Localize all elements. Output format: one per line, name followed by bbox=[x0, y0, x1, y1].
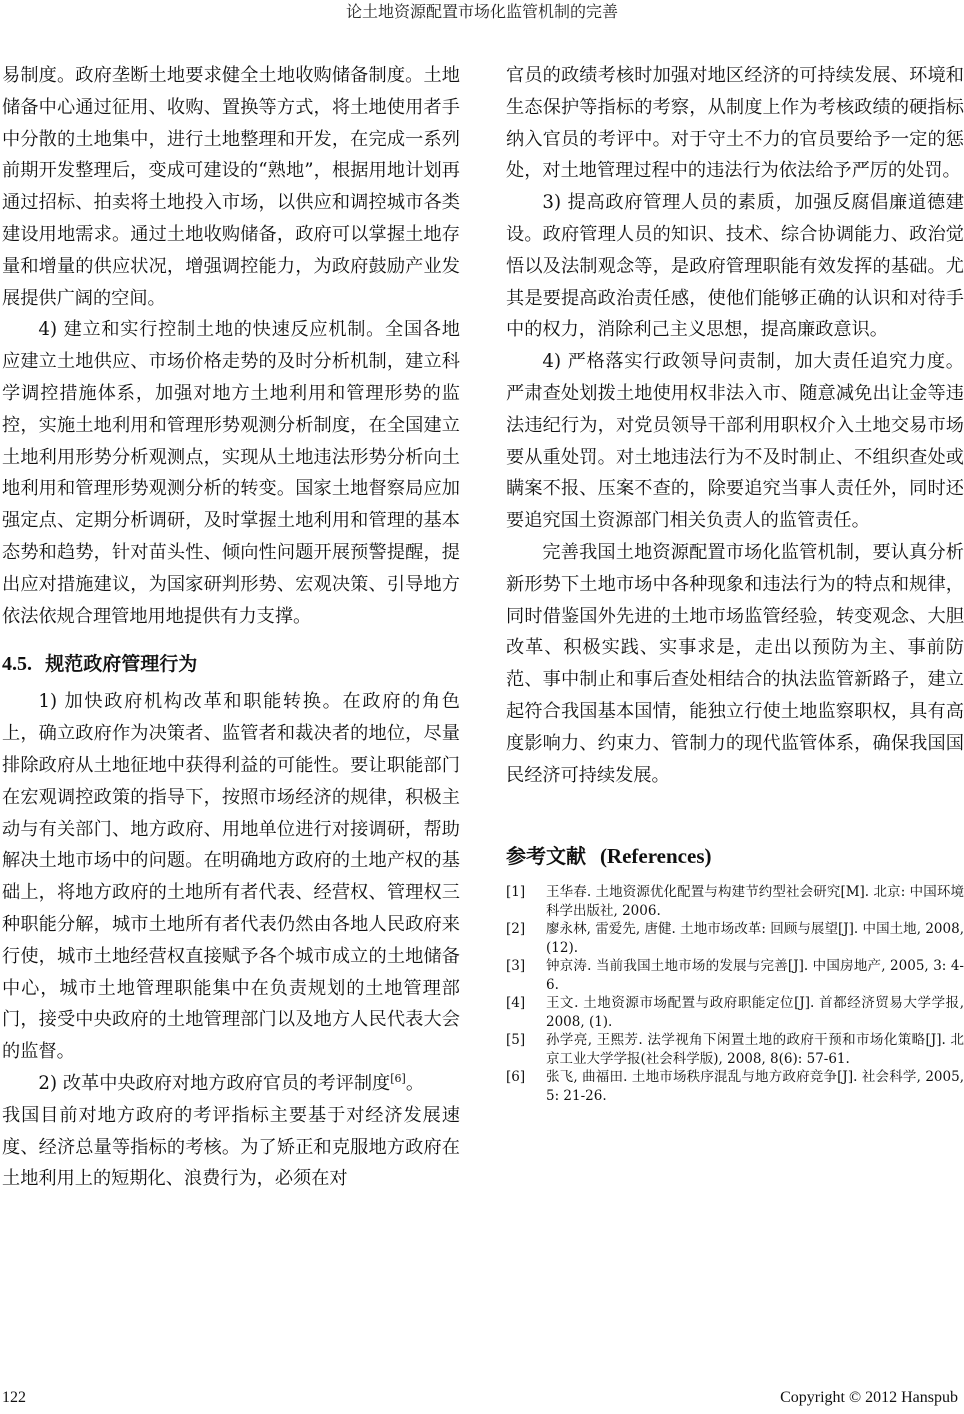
reference-list: [1]王华春. 土地资源优化配置与构建节约型社会研究[M]. 北京: 中国环境科… bbox=[506, 883, 964, 1105]
paragraph-staff-quality: 3) 提高政府管理人员的素质，加强反腐倡廉道德建设。政府管理人员的知识、技术、综… bbox=[506, 187, 964, 346]
reference-number: [3] bbox=[506, 957, 546, 994]
reference-item: [6]张飞, 曲福田. 土地市场秩序混乱与地方政府竞争[J]. 社会科学, 20… bbox=[506, 1068, 964, 1105]
copyright-notice: Copyright © 2012 Hanspub bbox=[780, 1388, 958, 1408]
item-number: 2) bbox=[38, 1073, 57, 1094]
item-number: 1) bbox=[38, 691, 57, 712]
references-title-en: (References) bbox=[600, 844, 712, 868]
reference-item: [5]孙学亮, 王熙芳. 法学视角下闲置土地的政府干预和市场化策略[J]. 北京… bbox=[506, 1031, 964, 1068]
reference-text: 张飞, 曲福田. 土地市场秩序混乱与地方政府竞争[J]. 社会科学, 2005,… bbox=[546, 1068, 964, 1105]
reference-item: [4]王文. 土地资源市场配置与政府职能定位[J]. 首都经济贸易大学学报, 2… bbox=[506, 994, 964, 1031]
paragraph-text: 加快政府机构改革和职能转换。在政府的角色上，确立政府作为决策者、监管者和裁决者的… bbox=[2, 691, 460, 1062]
section-number: 4.5. bbox=[2, 653, 32, 675]
item-number: 4) bbox=[542, 351, 561, 372]
references-heading: 参考文献 (References) bbox=[506, 843, 964, 869]
reference-item: [1]王华春. 土地资源优化配置与构建节约型社会研究[M]. 北京: 中国环境科… bbox=[506, 883, 964, 920]
paragraph-gov-reform: 1) 加快政府机构改革和职能转换。在政府的角色上，确立政府作为决策者、监管者和裁… bbox=[2, 686, 460, 1068]
item-number: 3) bbox=[542, 192, 561, 213]
paragraph-accountability: 4) 严格落实行政领导问责制，加大责任追究力度。严肃查处划拨土地使用权非法入市、… bbox=[506, 346, 964, 537]
paragraph-performance-evaluation: 官员的政绩考核时加强对地区经济的可持续发展、环境和生态保护等指标的考察，从制度上… bbox=[506, 60, 964, 187]
paragraph-rapid-response: 4) 建立和实行控制土地的快速反应机制。全国各地应建立土地供应、市场价格走势的及… bbox=[2, 314, 460, 632]
citation-link[interactable]: [6] bbox=[390, 1072, 406, 1085]
reference-text: 钟京涛. 当前我国土地市场的发展与完善[J]. 中国房地产, 2005, 3: … bbox=[546, 957, 964, 994]
reference-item: [2]廖永林, 雷爱先, 唐健. 土地市场改革: 回顾与展望[J]. 中国土地,… bbox=[506, 920, 964, 957]
reference-text: 王文. 土地资源市场配置与政府职能定位[J]. 首都经济贸易大学学报, 2008… bbox=[546, 994, 964, 1031]
paragraph-land-reserve: 易制度。政府垄断土地要求健全土地收购储备制度。土地储备中心通过征用、收购、置换等… bbox=[2, 60, 460, 314]
reference-text: 廖永林, 雷爱先, 唐健. 土地市场改革: 回顾与展望[J]. 中国土地, 20… bbox=[546, 920, 964, 957]
section-title: 规范政府管理行为 bbox=[45, 653, 197, 675]
reference-text: 孙学亮, 王熙芳. 法学视角下闲置土地的政府干预和市场化策略[J]. 北京工业大… bbox=[546, 1031, 964, 1068]
right-column: 官员的政绩考核时加强对地区经济的可持续发展、环境和生态保护等指标的考察，从制度上… bbox=[506, 60, 964, 1105]
reference-text: 王华春. 土地资源优化配置与构建节约型社会研究[M]. 北京: 中国环境科学出版… bbox=[546, 883, 964, 920]
paragraph-text: 建立和实行控制土地的快速反应机制。全国各地应建立土地供应、市场价格走势的及时分析… bbox=[2, 319, 460, 626]
running-title: 论土地资源配置市场化监管机制的完善 bbox=[0, 2, 964, 22]
section-heading: 4.5. 规范政府管理行为 bbox=[2, 652, 460, 676]
references-title-cn: 参考文献 bbox=[506, 844, 586, 868]
punctuation: 。 bbox=[406, 1073, 424, 1094]
paragraph-evaluation-continued: 我国目前对地方政府的考评指标主要基于对经济发展速度、经济总量等指标的考核。为了矫… bbox=[2, 1100, 460, 1195]
paragraph-text: 改革中央政府对地方政府官员的考评制度 bbox=[63, 1073, 390, 1094]
page-number: 122 bbox=[2, 1388, 26, 1408]
item-number: 4) bbox=[38, 319, 57, 340]
paragraph-conclusion: 完善我国土地资源配置市场化监管机制，要认真分析新形势下土地市场中各种现象和违法行… bbox=[506, 537, 964, 791]
paragraph-text: 严格落实行政领导问责制，加大责任追究力度。严肃查处划拨土地使用权非法入市、随意减… bbox=[506, 351, 964, 531]
reference-item: [3]钟京涛. 当前我国土地市场的发展与完善[J]. 中国房地产, 2005, … bbox=[506, 957, 964, 994]
reference-number: [2] bbox=[506, 920, 546, 957]
paragraph-text: 提高政府管理人员的素质，加强反腐倡廉道德建设。政府管理人员的知识、技术、综合协调… bbox=[506, 192, 964, 340]
left-column: 易制度。政府垄断土地要求健全土地收购储备制度。土地储备中心通过征用、收购、置换等… bbox=[2, 60, 460, 1195]
reference-number: [1] bbox=[506, 883, 546, 920]
paragraph-evaluation-reform: 2) 改革中央政府对地方政府官员的考评制度[6]。 bbox=[2, 1068, 460, 1100]
reference-number: [5] bbox=[506, 1031, 546, 1068]
reference-number: [6] bbox=[506, 1068, 546, 1105]
reference-number: [4] bbox=[506, 994, 546, 1031]
